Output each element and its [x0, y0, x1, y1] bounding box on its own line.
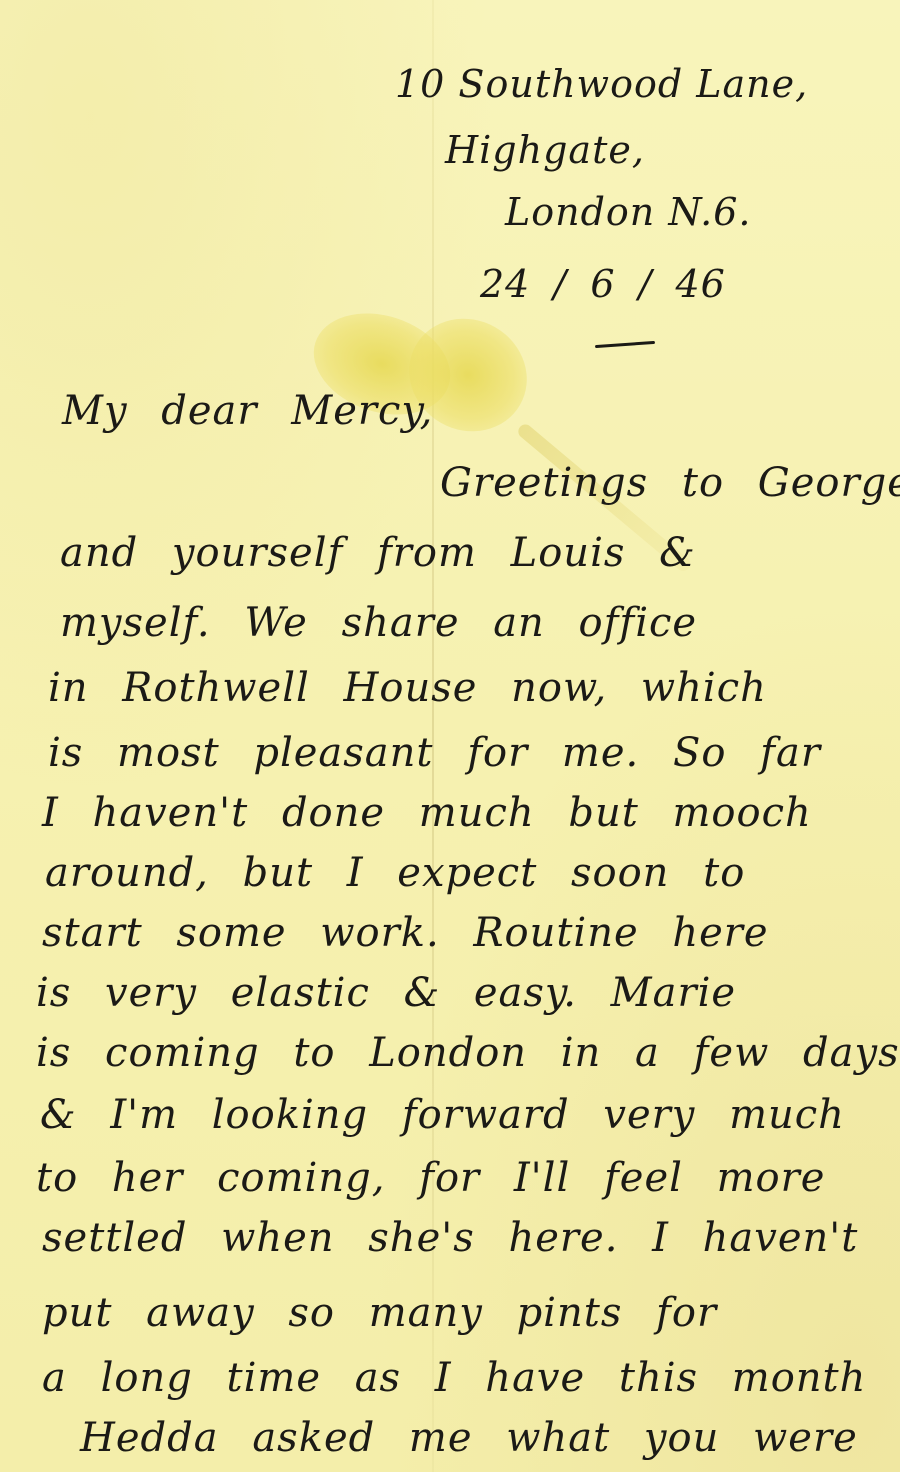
body-line: start some work. Routine here [42, 910, 769, 956]
letter-page: 10 Southwood Lane, Highgate, London N.6.… [0, 0, 900, 1472]
body-line: and yourself from Louis & [60, 530, 696, 576]
salutation: My dear Mercy, [62, 388, 433, 434]
body-line: to her coming, for I'll feel more [36, 1155, 825, 1201]
address-line-1: 10 Southwood Lane, [395, 62, 808, 106]
body-line: is very elastic & easy. Marie [36, 970, 736, 1016]
address-line-2: Highgate, [445, 128, 645, 172]
letter-date: 24 / 6 / 46 [480, 262, 726, 306]
divider-rule [595, 341, 655, 348]
body-line: around, but I expect soon to [45, 850, 745, 896]
body-line: in Rothwell House now, which [48, 665, 767, 711]
body-line: Greetings to George [440, 460, 900, 506]
body-line: & I'm looking forward very much [40, 1092, 845, 1138]
body-line: is most pleasant for me. So far [48, 730, 821, 776]
body-line: put away so many pints for [42, 1290, 717, 1336]
body-line: I haven't done much but mooch [42, 790, 812, 836]
body-line: myself. We share an office [60, 600, 697, 646]
body-line: a long time as I have this month [42, 1355, 866, 1401]
body-line: settled when she's here. I haven't [42, 1215, 858, 1261]
body-line: Hedda asked me what you were [80, 1415, 858, 1461]
body-line: is coming to London in a few days [36, 1030, 900, 1076]
address-line-3: London N.6. [505, 190, 752, 234]
